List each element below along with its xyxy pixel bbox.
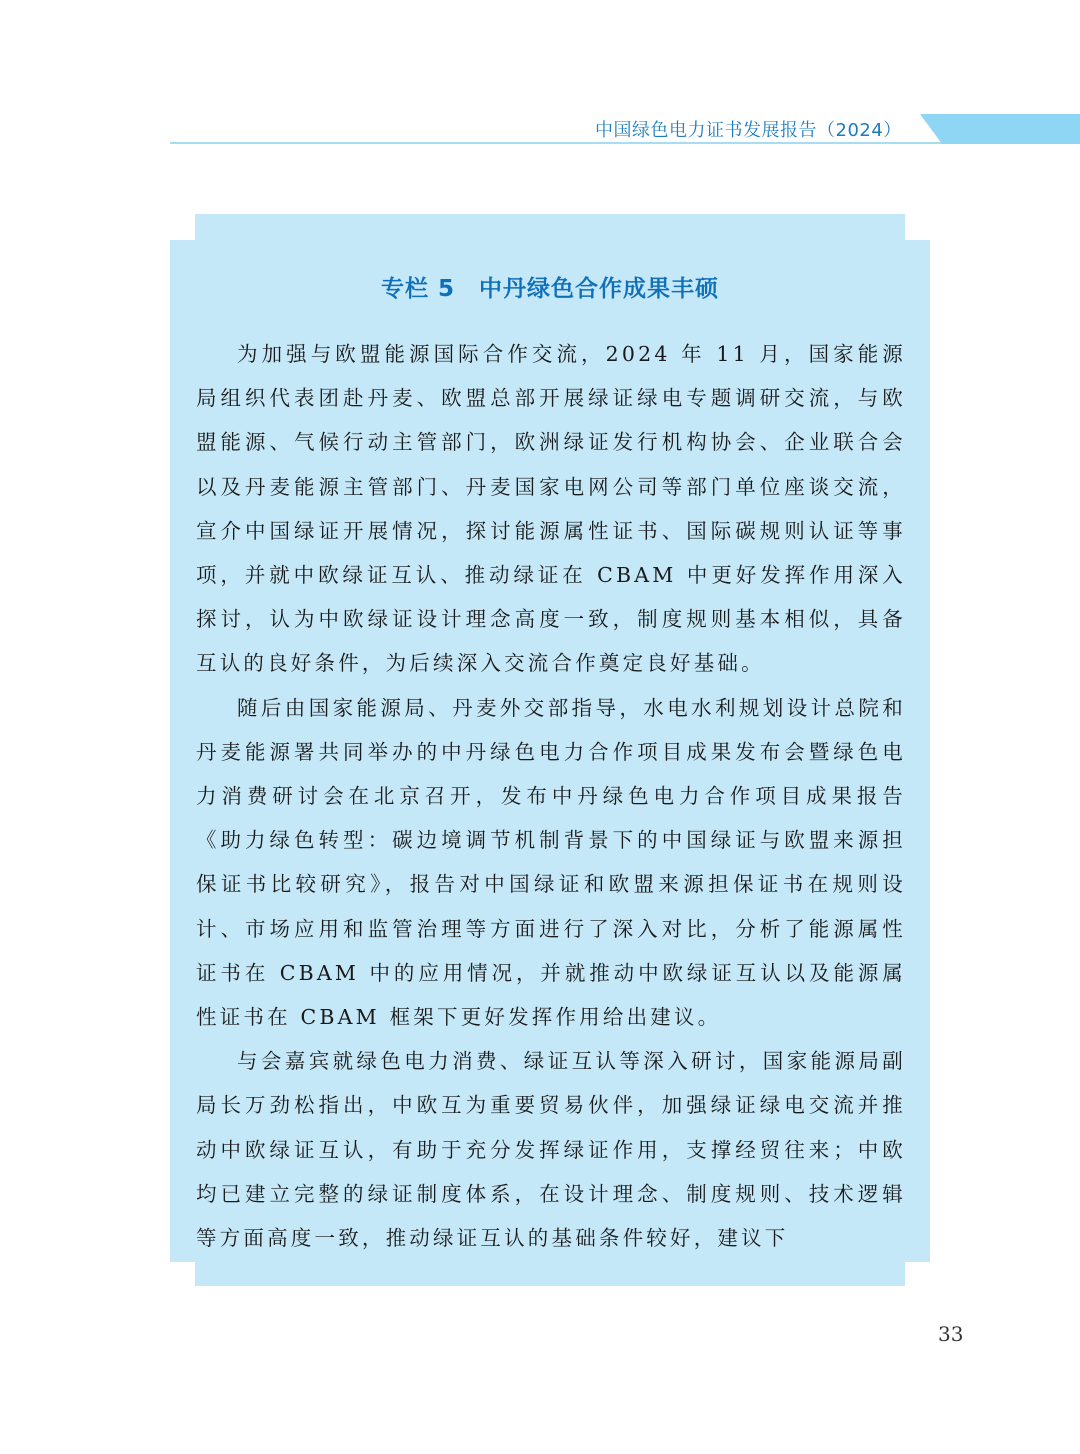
header-accent-tab [920, 114, 1080, 144]
page-number: 33 [938, 1322, 963, 1346]
box-title: 中丹绿色合作成果丰硕 [479, 276, 719, 302]
header-rule [170, 142, 945, 144]
paragraph: 为加强与欧盟能源国际合作交流，2024 年 11 月，国家能源局组织代表团赴丹麦… [196, 332, 906, 686]
paragraph: 随后由国家能源局、丹麦外交部指导，水电水利规划设计总院和丹麦能源署共同举办的中丹… [196, 686, 906, 1040]
running-header-title: 中国绿色电力证书发展报告（2024） [595, 116, 902, 142]
box-heading: 专栏 5中丹绿色合作成果丰硕 [170, 270, 930, 303]
box-body: 为加强与欧盟能源国际合作交流，2024 年 11 月，国家能源局组织代表团赴丹麦… [196, 332, 906, 1260]
box-label: 专栏 5 [381, 276, 455, 302]
paragraph: 与会嘉宾就绿色电力消费、绿证互认等深入研讨，国家能源局副局长万劲松指出，中欧互为… [196, 1039, 906, 1260]
